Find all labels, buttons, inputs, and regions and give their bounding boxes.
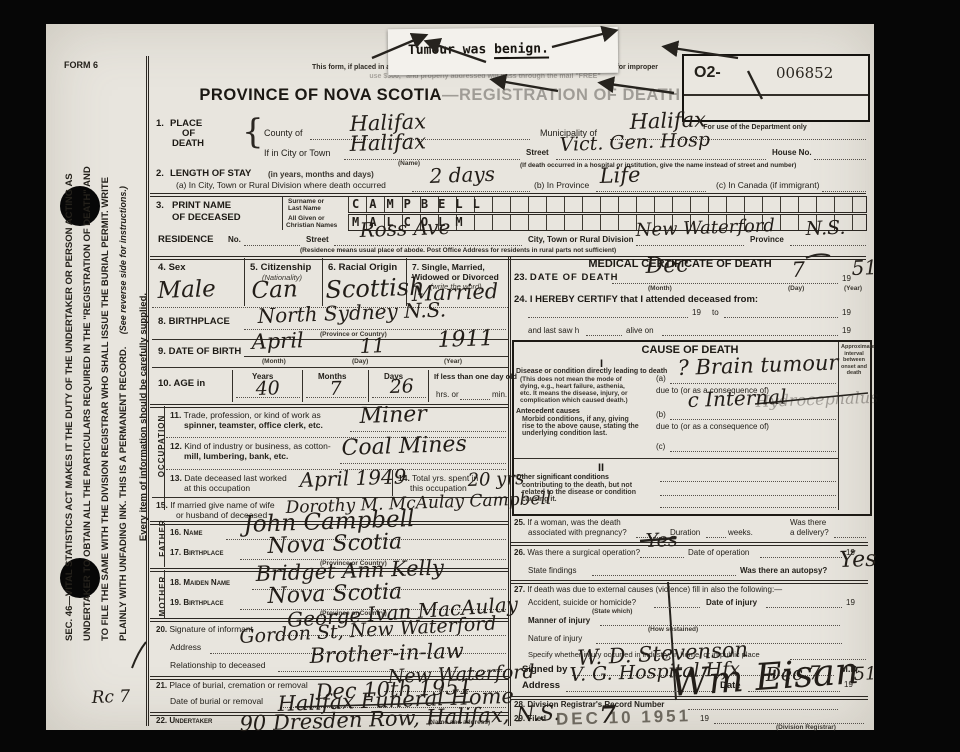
f27-line1 <box>654 606 700 608</box>
f29-text: Filed <box>527 714 546 723</box>
sidebar-every-item-text: Every item of information should be care… <box>133 192 147 642</box>
f21-number: 21. <box>156 681 167 690</box>
cause-mid-rule <box>514 458 838 459</box>
form-left-border <box>146 56 149 726</box>
cause-b-label: (b) <box>656 410 666 419</box>
f1-city-value: Halifax <box>349 129 426 156</box>
f3-number: 3. <box>156 200 164 211</box>
f24-line2b <box>662 334 838 336</box>
f27-label: 27. If death was due to external causes … <box>514 585 782 594</box>
f7-label1: 7. Single, Married, <box>412 262 485 272</box>
serial-number-box: O2- 006852 <box>682 54 870 122</box>
f18-label: 18. Maiden Name <box>170 578 230 587</box>
page-title: PROVINCE OF NOVA SCOTIA—REGISTRATION OF … <box>150 86 730 105</box>
f13-number: 13. <box>170 473 182 483</box>
f24-y2: 19 <box>842 308 851 317</box>
f5-number: 5. <box>250 262 258 273</box>
f23-year-note: (Year) <box>844 285 862 292</box>
f13-14-divider <box>392 470 393 496</box>
mother-strip-line <box>164 570 165 618</box>
f24-line1a <box>528 316 688 318</box>
sidebar-statute-text: SEC. 46—VITAL STATISTICS ACT MAKES IT TH… <box>59 165 137 641</box>
f12-value: Coal Mines <box>341 432 467 461</box>
cause-other-note3: causing it. <box>522 496 557 503</box>
f13-label2: at this occupation <box>184 483 250 493</box>
f9-day-note: (Day) <box>352 358 368 365</box>
f27-dateinjury-label: Date of injury <box>706 598 757 607</box>
f16-text: Name <box>183 528 202 537</box>
cause-disease-note1: (This does not mean the mode of <box>520 376 622 383</box>
cause-antecedent-note1: Morbid conditions, if any, giving <box>522 416 629 423</box>
residence-label: RESIDENCE <box>158 234 213 245</box>
f10-days-value: 26 <box>389 375 414 398</box>
form-number-label: FORM 6 <box>64 60 98 70</box>
f9-day-value: 11 <box>359 333 385 358</box>
cause-other-line3 <box>660 506 836 508</box>
f12-text1: Kind of industry or business, as cotton- <box>184 441 330 451</box>
residence-note: (Residence means usual place of abode. P… <box>300 247 616 254</box>
f1-street-line <box>556 158 766 160</box>
f24-number: 24. <box>514 294 527 305</box>
f25-weeks: weeks. <box>728 528 753 537</box>
f23-text: DATE OF DEATH <box>530 272 619 283</box>
rule-below-25 <box>510 542 868 546</box>
f5-text: Citizenship <box>261 262 312 273</box>
residence-street-label: Street <box>306 235 329 244</box>
f1-brace: { <box>242 112 264 152</box>
residence-no-line <box>244 244 300 246</box>
f3-surname-value: CAMPBELL <box>348 197 490 211</box>
f29-label: 29. Filed <box>514 714 546 723</box>
occupation-strip-line <box>164 406 165 510</box>
f28-line <box>688 708 838 710</box>
f24-y1: 19 <box>692 308 701 317</box>
father-group-label: FATHER <box>152 510 164 566</box>
f10-div1 <box>232 370 233 402</box>
father-group-text: FATHER <box>158 519 167 556</box>
f11-label2: spinner, teamster, office clerk, etc. <box>184 420 323 430</box>
f25-text2: associated with pregnancy? <box>528 528 627 537</box>
f27-yp: 19 <box>846 598 855 607</box>
note-text: Tumour was benign. <box>408 42 549 58</box>
page-title-left: PROVINCE OF NOVA SCOTIA <box>199 86 442 104</box>
cause-c-label: (c) <box>656 442 665 451</box>
residence-division-line <box>636 244 744 246</box>
residence-province-value: N.S. <box>805 217 846 240</box>
cause-c-line <box>670 450 836 452</box>
f10-div4 <box>428 370 429 402</box>
cause-other-label: Other significant conditions <box>516 474 609 481</box>
f9-line <box>244 356 508 357</box>
mother-group-text: MOTHER <box>158 576 167 617</box>
f4-text: Sex <box>169 262 186 273</box>
f13-value: April 1949 <box>299 464 407 492</box>
f26-line2 <box>760 556 842 558</box>
f27-manner-label: Manner of injury <box>528 616 590 625</box>
f10-min-label: min. <box>492 390 507 399</box>
f26-text: Was there a surgical operation? <box>527 548 640 557</box>
cause-other-note2: related to the disease or condition <box>522 489 636 496</box>
f5-label: 5. Citizenship <box>250 262 311 273</box>
typewritten-note-slip: Tumour was benign. <box>388 27 618 75</box>
f1-city-label: If in City or Town <box>264 148 330 158</box>
note-text-b: benign. <box>494 42 549 60</box>
f10-number: 10. <box>158 378 171 389</box>
cause-disease-note4: complication which caused death.) <box>520 397 628 404</box>
f19-label: 19. Birthplace <box>170 598 223 607</box>
f19-text: Birthplace <box>183 598 223 607</box>
f1-hospital-note: (If death occurred in a hospital or inst… <box>520 162 796 169</box>
f27-text: If death was due to external causes (vio… <box>527 585 782 594</box>
f3-given-label2: Christian Names <box>286 222 337 229</box>
f1-street-label: Street <box>526 148 549 157</box>
f17-label: 17. Birthplace <box>170 548 223 557</box>
f1-city-line <box>344 158 520 160</box>
f15-number: 15. <box>156 500 168 510</box>
f6-label: 6. Racial Origin <box>328 262 397 273</box>
f9-number: 9. <box>158 346 166 357</box>
f22-label: 22. Undertaker <box>156 716 212 725</box>
f25-text1: If a woman, was the death <box>527 518 620 527</box>
residence-street-line <box>334 244 522 246</box>
f5-divider <box>322 258 323 306</box>
f3-label1: PRINT NAME <box>172 200 231 211</box>
f2-a-value: 2 days <box>429 162 495 188</box>
f13-text1: Date deceased last worked <box>184 473 287 483</box>
f4-divider <box>244 258 245 306</box>
residence-province-line <box>790 244 866 246</box>
f10-less-label: If less than one day old <box>434 372 517 381</box>
f20-relationship-label: Relationship to deceased <box>170 660 265 670</box>
f24-y3: 19 <box>842 326 851 335</box>
filed-handwritten-seven: 7 <box>599 699 617 729</box>
cause-other-note1: contributing to the death, but not <box>522 482 632 489</box>
cause-disease-label: Disease or condition directly leading to… <box>516 368 667 375</box>
f20-number: 20. <box>156 625 167 634</box>
cause-disease-note2: dying, e.g., heart failure, asthenia, <box>520 383 625 390</box>
f10-years-line <box>236 396 300 398</box>
f27-line2 <box>766 606 842 608</box>
f24-lastsaw: and last saw h <box>528 326 579 335</box>
cause-part2: II <box>598 462 604 474</box>
f11-label1: 11. Trade, profession, or kind of work a… <box>170 410 321 420</box>
f4-value: Male <box>157 276 216 304</box>
f24-alive: alive on <box>626 326 654 335</box>
f15-label1: 15. If married give name of wife <box>156 500 275 510</box>
f29-number: 29. <box>514 714 525 723</box>
f27-number: 27. <box>514 585 525 594</box>
f7-text1: Single, Married, <box>421 262 484 272</box>
f26-line3 <box>592 574 736 576</box>
f23-line <box>612 282 838 284</box>
cause-interval-header: Approximate interval between onset and d… <box>841 344 867 377</box>
f8-text: BIRTHPLACE <box>169 316 230 327</box>
serial-number: 006852 <box>776 64 833 82</box>
f14-label1: 14. Total yrs. spent in <box>398 473 478 483</box>
residence-no-label: No. <box>228 235 241 244</box>
f5-value: Can <box>251 276 298 304</box>
f10-days-line <box>372 396 426 398</box>
f18-number: 18. <box>170 578 181 587</box>
f10-text: AGE in <box>174 378 206 389</box>
f6-number: 6. <box>328 262 336 273</box>
f27-howsustained: (How sustained) <box>648 626 698 633</box>
f26-number: 26. <box>514 548 525 557</box>
scanned-death-registration: { "note": {"a": "Tumour was ", "b": "ben… <box>0 0 960 752</box>
filed-date-stamp: DEC 10 1951 <box>556 706 692 730</box>
f10-hrs-label: hrs. or <box>436 390 459 399</box>
f27-nature-label: Nature of injury <box>528 634 582 643</box>
f2-b-line <box>596 190 706 192</box>
f25-wasthere: Was there <box>790 518 826 527</box>
f23-day-note: (Day) <box>788 285 804 292</box>
f24-to: to <box>712 308 719 317</box>
f19-number: 19. <box>170 598 181 607</box>
mother-group-label: MOTHER <box>152 566 164 626</box>
f25-label1: 25. If a woman, was the death <box>514 518 621 527</box>
cause-antecedent-note3: underlying condition last. <box>522 430 607 437</box>
cause-other-line1 <box>660 480 836 482</box>
cause-disease-note3: etc. It means the disease, injury, or <box>520 390 628 397</box>
cause-antecedent-label: Antecedent causes <box>516 408 580 415</box>
f27-statewhich: (State which) <box>592 608 632 615</box>
f23-number: 23. <box>514 272 527 283</box>
rule-below-26 <box>510 580 868 584</box>
cause-antecedent-note2: rise to the above cause, stating the <box>522 423 639 430</box>
f3-label2: OF DECEASED <box>172 212 241 223</box>
f22-number: 22. <box>156 716 167 725</box>
f21-label: 21. Place of burial, cremation or remova… <box>156 680 308 690</box>
f18-text: Maiden Name <box>183 578 230 587</box>
f11-text1: Trade, profession, or kind of work as <box>184 410 321 420</box>
serial-prefix: O2- <box>694 64 721 82</box>
f2-b-value: Life <box>599 163 641 188</box>
f23-month-value: Dec <box>645 253 689 279</box>
f10-div2 <box>302 370 303 402</box>
f26-label: 26. Was there a surgical operation? <box>514 548 640 557</box>
f3-surname-label1: Surname or <box>288 198 324 205</box>
f11-value: Miner <box>359 402 427 429</box>
f9-year-value: 1911 <box>437 326 494 353</box>
f25-number: 25. <box>514 518 525 527</box>
f23-month-note: (Month) <box>648 285 672 292</box>
f1-name-note: (Name) <box>398 160 420 167</box>
f8-number: 8. <box>158 316 166 327</box>
f23-day-value: 7 <box>791 258 805 282</box>
f2-sublabel: (in years, months and days) <box>268 170 374 179</box>
f12-number: 12. <box>170 441 182 451</box>
f3-given-label1: All Given or <box>288 215 324 222</box>
f10-label: 10. AGE in <box>158 378 205 389</box>
f10-months-line <box>306 396 366 398</box>
f20-address-label: Address <box>170 642 201 652</box>
f10-hrs-line <box>460 398 490 400</box>
f15-text1: If married give name of wife <box>170 500 274 510</box>
f17-value: Nova Scotia <box>267 529 402 559</box>
cause-b-line <box>670 418 836 420</box>
f23-label: 23. DATE OF DEATH <box>514 272 619 283</box>
signed-label: Signed by <box>522 664 567 675</box>
f12-label1: 12. Kind of industry or business, as cot… <box>170 441 331 451</box>
f16-number: 16. <box>170 528 181 537</box>
cause-a-line <box>670 382 836 384</box>
f2-a-line <box>412 190 530 192</box>
f26-date-label: Date of operation <box>688 548 749 557</box>
f9-label: 9. DATE OF BIRTH <box>158 346 241 357</box>
f17-number: 17. <box>170 548 181 557</box>
f9-text: DATE OF BIRTH <box>169 346 242 357</box>
f11-number: 11. <box>170 410 181 420</box>
f11-line <box>350 430 506 432</box>
f22-text: Undertaker <box>169 716 212 725</box>
occupation-group-label: OCCUPATION <box>151 399 163 493</box>
f26-operation-value: Yes <box>645 529 678 552</box>
note-text-a: Tumour was <box>408 42 494 58</box>
f26-line1 <box>640 556 684 558</box>
father-strip-line <box>164 523 165 567</box>
f24-text: I HEREBY CERTIFY that I attended decease… <box>530 294 758 305</box>
f23-year-printed: 19 <box>842 274 851 283</box>
f27-accident-label: Accident, suicide or homicide? <box>528 598 636 607</box>
sidebar-reverse-note: (See reverse side for instructions.) <box>118 186 128 334</box>
f17-text: Birthplace <box>183 548 223 557</box>
f21-date-label: Date of burial or removal <box>170 696 263 706</box>
f2-c-label: (c) In Canada (if immigrant) <box>716 180 819 190</box>
f16-label: 16. Name <box>170 528 202 537</box>
f24-label: 24. I HEREBY CERTIFY that I attended dec… <box>514 294 758 305</box>
f9-month-value: April <box>251 328 304 354</box>
page-title-right: —REGISTRATION OF DEATH <box>442 86 681 104</box>
f26-autopsy-value: Yes <box>839 547 877 573</box>
f23-year-value: 51 <box>851 255 877 280</box>
f9-month-note: (Month) <box>262 358 286 365</box>
f1-label3: DEATH <box>172 138 204 149</box>
f1-houseno-label: House No. <box>772 148 812 157</box>
f25-line3 <box>834 536 866 538</box>
rule-below-age <box>150 404 508 408</box>
f9-bottom <box>152 367 508 368</box>
f3-divider <box>282 196 283 230</box>
division-registrar-note: (Division Registrar) <box>776 724 836 731</box>
f2-label: LENGTH OF STAY <box>170 168 251 179</box>
f1-houseno-line <box>814 158 866 160</box>
f12-line <box>340 462 506 464</box>
f4-number: 4. <box>158 262 166 273</box>
f25-line2 <box>706 536 726 538</box>
f1-county-label: County of <box>264 128 303 138</box>
f29-yp: 19 <box>700 714 709 723</box>
f14-number: 14. <box>398 473 410 483</box>
f13-label1: 13. Date deceased last worked <box>170 473 287 483</box>
residence-division-label: City, Town or Rural Division <box>528 235 634 244</box>
stray-corner-mark: Rc 7 <box>91 687 130 708</box>
f27-line3 <box>600 624 840 626</box>
f2-c-line <box>822 190 866 192</box>
cause-a-label: (a) <box>656 374 666 383</box>
f26-autopsy-label: Was there an autopsy? <box>740 566 827 575</box>
signed-address-label: Address <box>522 680 560 691</box>
f24-line1b <box>724 316 838 318</box>
f4-label: 4. Sex <box>158 262 185 273</box>
f10-div3 <box>368 370 369 402</box>
f12-label2: mill, lumbering, bank, etc. <box>184 451 288 461</box>
residence-province-label: Province <box>750 235 784 244</box>
f9-year-note: (Year) <box>444 358 462 365</box>
f2-b-label: (b) In Province <box>534 180 589 190</box>
f26-findings-label: State findings <box>528 566 576 575</box>
f3-surname-label2: Last Name <box>288 205 321 212</box>
f28-number: 28. <box>514 700 525 709</box>
f2-number: 2. <box>156 168 164 179</box>
f1-number: 1. <box>156 118 164 129</box>
f8-label: 8. BIRTHPLACE <box>158 316 230 327</box>
f21-text: Place of burial, cremation or removal <box>169 680 307 690</box>
f2-a-label: (a) In City, Town or Rural Division wher… <box>176 180 386 190</box>
f6-text: Racial Origin <box>339 262 398 273</box>
f24-line2a <box>586 334 622 336</box>
f25-delivery: a delivery? <box>790 528 829 537</box>
cause-due2: due to (or as a consequence of) <box>656 422 769 431</box>
residence-street-value: Ross Ave <box>359 215 451 242</box>
cause-other-line2 <box>660 494 836 496</box>
f7-number: 7. <box>412 262 419 272</box>
serial-box-divider <box>684 94 868 96</box>
